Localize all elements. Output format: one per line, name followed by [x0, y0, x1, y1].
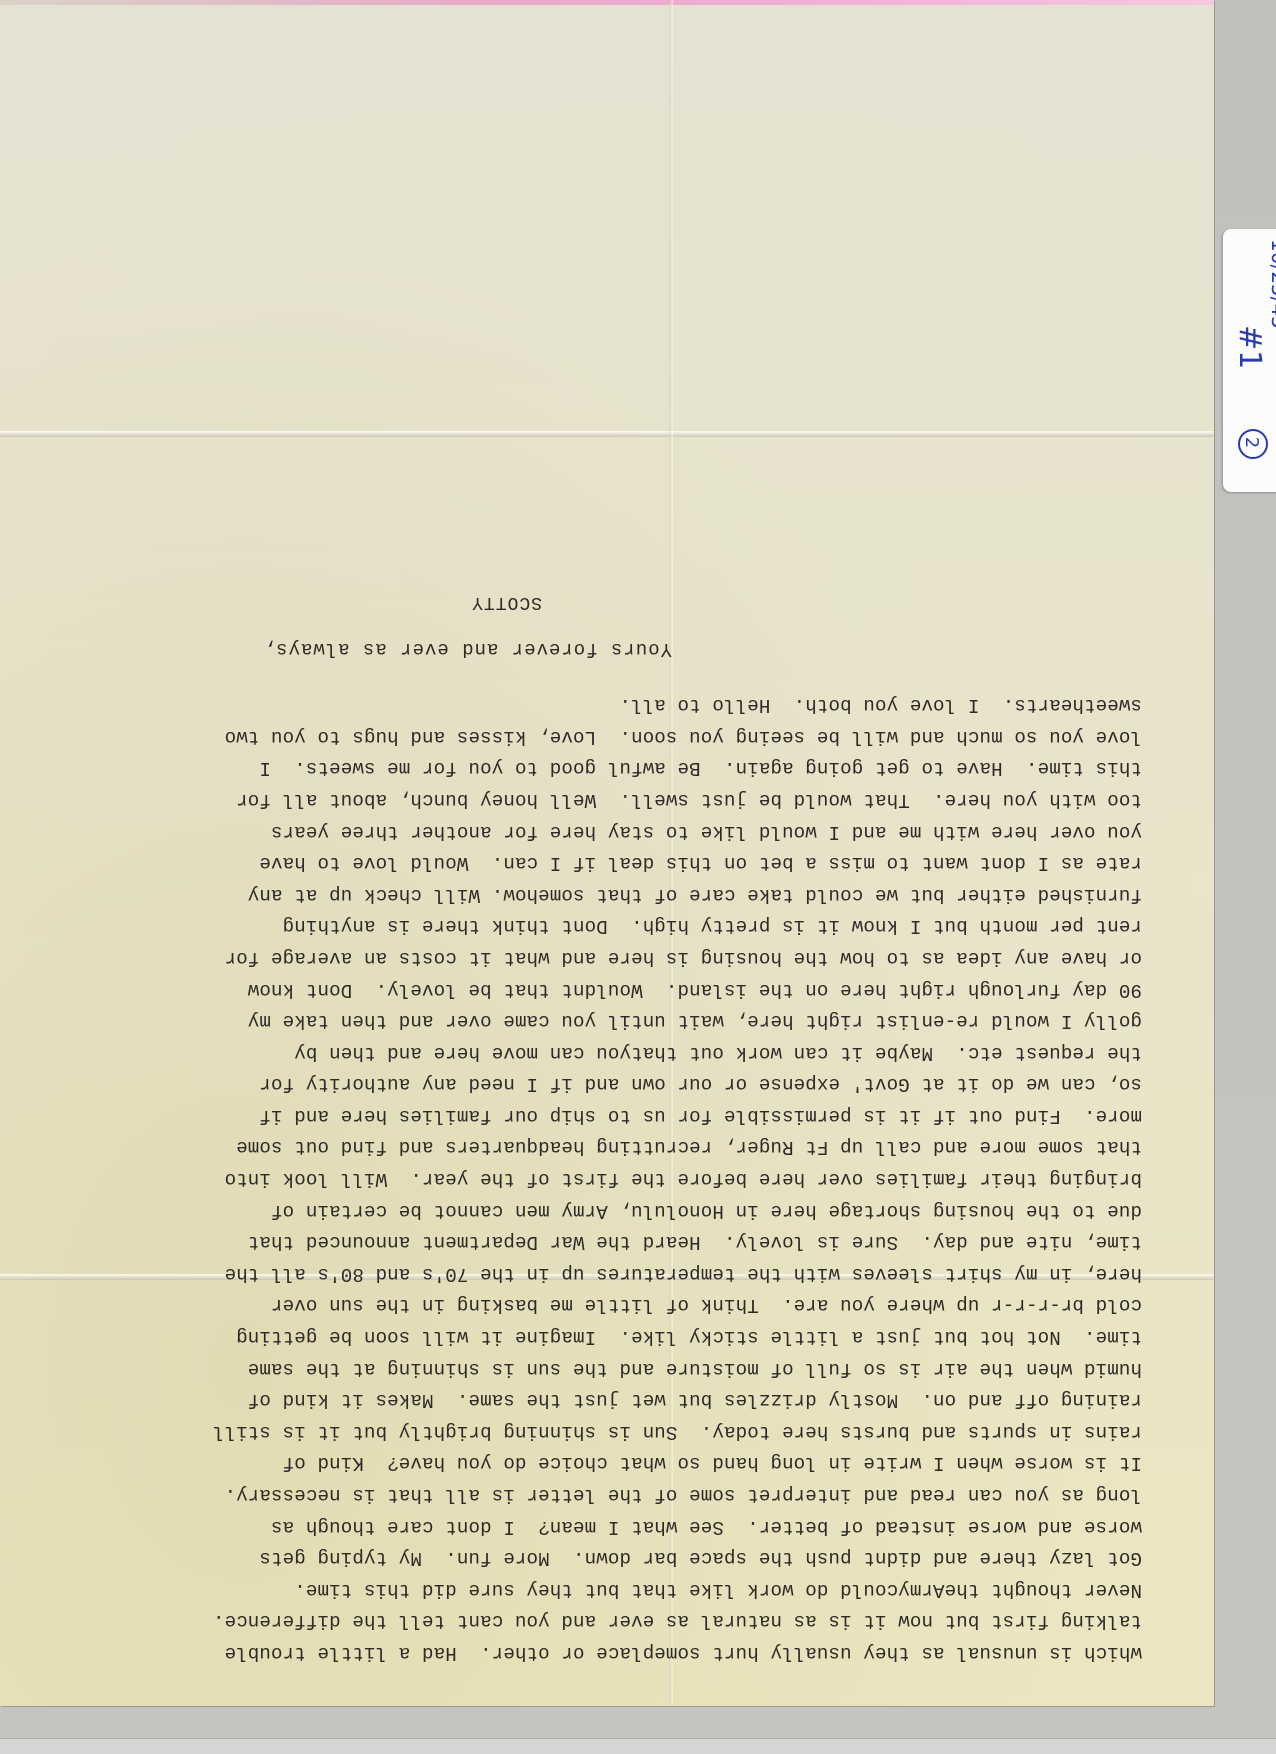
letter-line: furnished either but we could take care … — [162, 878, 1142, 910]
letter-line: rate as I dont want to miss a bet on thi… — [162, 847, 1142, 879]
letter-line: too with you here. That would be just sw… — [162, 783, 1142, 815]
tab-circled-number-text: 2 — [1241, 437, 1262, 448]
letter-line: due to the housing shortage here in Hono… — [162, 1194, 1142, 1226]
letter-line: love you so much and will be seeing you … — [162, 720, 1142, 752]
letter-line: Never thought theArmycould do work like … — [162, 1573, 1142, 1605]
page-top-edge — [0, 0, 1214, 5]
letter-line: more. Find out if it is permissible for … — [162, 1099, 1142, 1131]
letter-body: which is unusual as they usually hurt so… — [162, 689, 1142, 1668]
letter-line: time, nite and day. Sure is lovely. Hear… — [162, 1226, 1142, 1258]
letter-line: talking first but now it is as natural a… — [162, 1605, 1142, 1637]
letter-line: you over here with me and I would like t… — [162, 815, 1142, 847]
letter-line: this time. Have to get going again. Be a… — [162, 752, 1142, 784]
letter-line: Got lazy there and didnt push the space … — [162, 1542, 1142, 1574]
letter-line: long as you can read and interpret some … — [162, 1478, 1142, 1510]
scanner-edge — [0, 1738, 1276, 1754]
letter-line: bringing their families over here before… — [162, 1163, 1142, 1195]
letter-text-rotated: which is unusual as they usually hurt so… — [162, 628, 1142, 1668]
letter-line: so, can we do it at Govt' expense or our… — [162, 1068, 1142, 1100]
letter-line: time. Not hot but just a little sticky l… — [162, 1320, 1142, 1352]
letter-line: rains in spurts and bursts here today. S… — [162, 1415, 1142, 1447]
letter-line: 90 day furlough right here on the island… — [162, 973, 1142, 1005]
letter-line: here, in my shirt sleeves with the tempe… — [162, 1257, 1142, 1289]
tab-item-number: #1 — [1232, 325, 1267, 369]
letter-line: rent per month but I know it is pretty h… — [162, 910, 1142, 942]
letter-line: golly I would re-enlist right here, wait… — [162, 1005, 1142, 1037]
tab-date: 10/25/45 — [1267, 239, 1276, 329]
letter-line: cold br-r-r-r up where you are. Think of… — [162, 1289, 1142, 1321]
letter-line: the request etc. Maybe it can work out t… — [162, 1036, 1142, 1068]
letter-line: that some more and call up Ft Ruger, rec… — [162, 1131, 1142, 1163]
letter-closing: Yours forever and ever as always, — [263, 638, 672, 660]
letter-page: which is unusual as they usually hurt so… — [0, 0, 1214, 1706]
letter-line: or have any idea as to how the housing i… — [162, 941, 1142, 973]
letter-signature: SCOTTY — [471, 592, 542, 612]
letter-line: worse and worse instead of better. See w… — [162, 1510, 1142, 1542]
index-tab: 10/25/45 #1 2 — [1223, 229, 1276, 492]
letter-line: raining off and on. Mostly drizzles but … — [162, 1384, 1142, 1416]
letter-line: sweethearts. I love you both. Hello to a… — [162, 689, 1142, 721]
letter-line: It is worse when I write in long hand so… — [162, 1447, 1142, 1479]
letter-line: which is unusual as they usually hurt so… — [162, 1636, 1142, 1668]
letter-line: humid when the air is so full of moistur… — [162, 1352, 1142, 1384]
tab-circled-number: 2 — [1238, 429, 1268, 459]
fold-crease-upper — [0, 431, 1214, 437]
